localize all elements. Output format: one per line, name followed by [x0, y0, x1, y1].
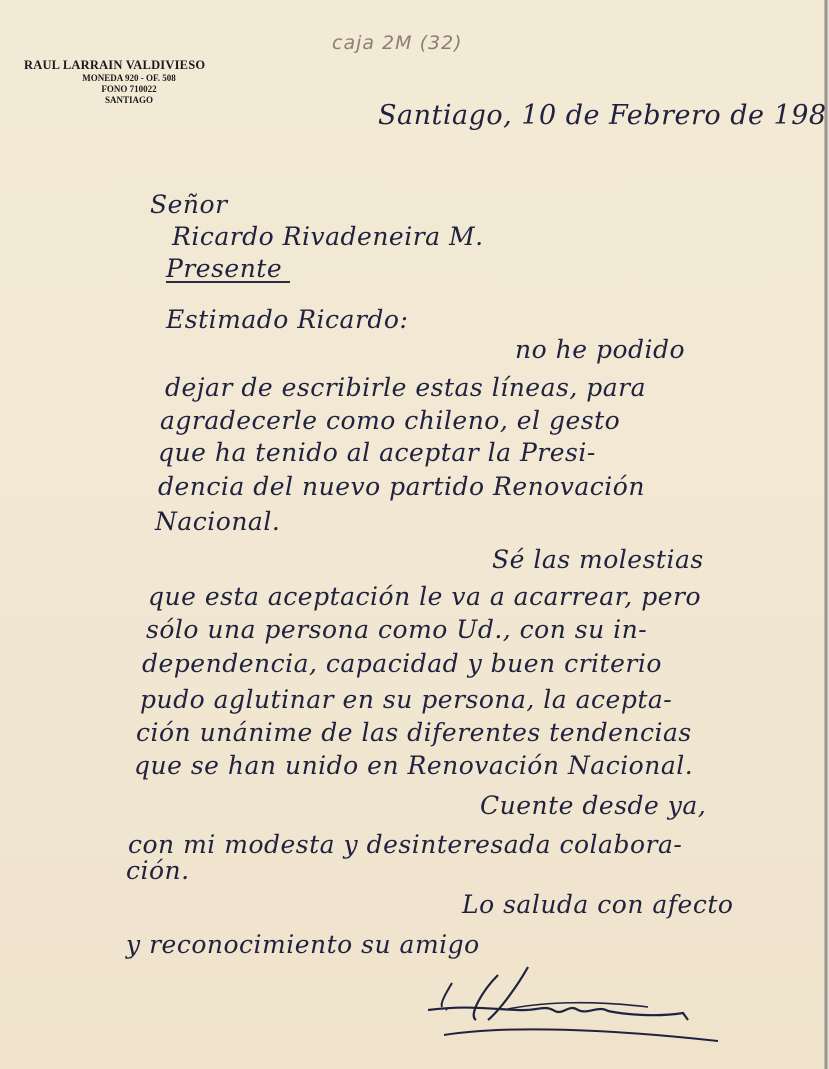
- body-line-9: sólo una persona como Ud., con su in-: [146, 615, 647, 644]
- closing-line-1: Lo saluda con afecto: [462, 890, 733, 919]
- body-line-11: pudo aglutinar en su persona, la acepta-: [140, 685, 672, 714]
- body-line-4: que ha tenido al aceptar la Presi-: [158, 438, 596, 467]
- signature-flourish: [428, 965, 718, 1055]
- page-edge-shadow: [824, 0, 829, 1069]
- body-line-5: dencia del nuevo partido Renovación: [158, 472, 645, 501]
- body-line-12: ción unánime de las diferentes tendencia…: [136, 718, 692, 747]
- body-line-2: dejar de escribirle estas líneas, para: [165, 373, 646, 402]
- greeting: Estimado Ricardo:: [166, 305, 408, 334]
- body-line-1: no he podido: [515, 335, 685, 364]
- archive-note: caja 2M (32): [332, 32, 463, 54]
- recipient-name: Ricardo Rivadeneira M.: [172, 222, 484, 251]
- body-line-16: ción.: [126, 856, 190, 885]
- body-line-10: dependencia, capacidad y buen criterio: [142, 649, 662, 678]
- recipient-title: Señor: [150, 190, 228, 219]
- closing-line-2: y reconocimiento su amigo: [126, 930, 480, 959]
- body-line-15: con mi modesta y desinteresada colabora-: [128, 830, 682, 859]
- letterhead-address: MONEDA 920 - OF. 508: [14, 73, 244, 84]
- letterhead-city: SANTIAGO: [14, 95, 244, 106]
- body-line-7: Sé las molestias: [492, 545, 704, 574]
- body-line-6: Nacional.: [155, 507, 280, 536]
- letter-page: RAUL LARRAIN VALDIVIESO MONEDA 920 - OF.…: [0, 0, 829, 1069]
- body-line-14: Cuente desde ya,: [480, 791, 706, 820]
- recipient-delivery: Presente: [166, 254, 282, 283]
- letterhead: RAUL LARRAIN VALDIVIESO MONEDA 920 - OF.…: [24, 58, 244, 106]
- body-line-3: agradecerle como chileno, el gesto: [160, 406, 620, 435]
- body-line-8: que esta aceptación le va a acarrear, pe…: [148, 582, 701, 611]
- letterhead-name: RAUL LARRAIN VALDIVIESO: [24, 58, 244, 73]
- delivery-underline: [166, 281, 290, 283]
- date-line: Santiago, 10 de Febrero de 1987: [378, 100, 829, 131]
- letterhead-phone: FONO 710022: [14, 84, 244, 95]
- body-line-13: que se han unido en Renovación Nacional.: [134, 751, 693, 780]
